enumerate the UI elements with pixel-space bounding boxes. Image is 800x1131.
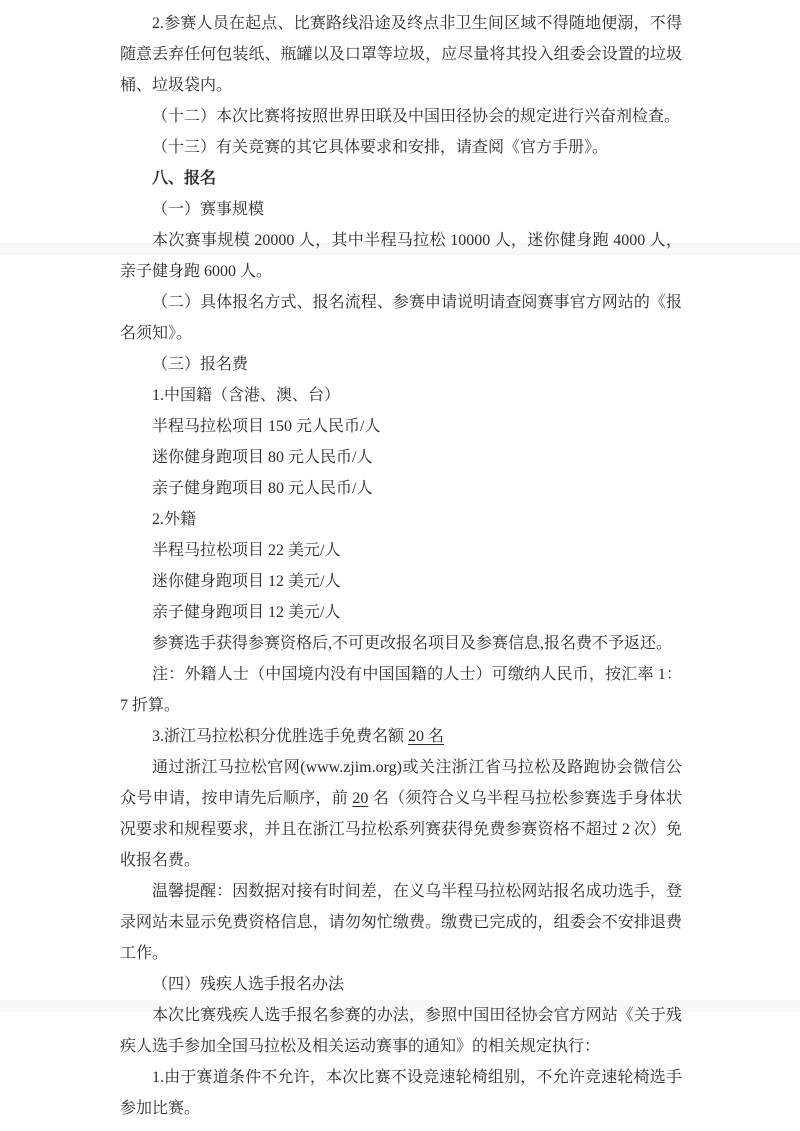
para-official-handbook: （十三）有关竞赛的其它具体要求和安排，请查阅《官方手册》。: [120, 132, 682, 163]
para-registration-method: （二）具体报名方式、报名流程、参赛申请说明请查阅赛事官方网站的《报名须知》。: [120, 287, 682, 349]
para-no-littering: 2.参赛人员在起点、比赛路线沿途及终点非卫生间区域不得随地便溺，不得随意丢弃任何…: [120, 8, 682, 101]
para-exchange-rate-note: 注：外籍人士（中国境内没有中国国籍的人士）可缴纳人民币，按汇率 1：7 折算。: [120, 659, 682, 721]
para-no-change-no-refund: 参赛选手获得参赛资格后,不可更改报名项目及参赛信息,报名费不予返还。: [120, 628, 682, 659]
heading-section8-registration: 八、报名: [120, 163, 682, 194]
para-fee-foreign-nationality-title: 2.外籍: [120, 504, 682, 535]
para-event-scale-subtitle: （一）赛事规模: [120, 194, 682, 225]
para-disabled-athletes-method: 本次比赛残疾人选手报名参赛的办法，参照中国田径协会官方网站《关于残疾人选手参加全…: [120, 1000, 682, 1062]
free-quota-title-text: 3.浙江马拉松积分优胜选手免费名额: [152, 728, 408, 745]
para-fee-foreign-mini-run: 迷你健身跑项目 12 美元/人: [120, 566, 682, 597]
para-payment-reminder: 温馨提醒：因数据对接有时间差，在义乌半程马拉松网站报名成功选手，登录网站未显示免…: [120, 876, 682, 969]
para-entry-fee-subtitle: （三）报名费: [120, 349, 682, 380]
para-free-quota-title: 3.浙江马拉松积分优胜选手免费名额 20 名: [120, 721, 682, 752]
para-fee-foreign-half-marathon: 半程马拉松项目 22 美元/人: [120, 535, 682, 566]
para-fee-cn-mini-run: 迷你健身跑项目 80 元人民币/人: [120, 442, 682, 473]
free-quota-number-underlined: 20 名: [408, 728, 444, 745]
document-page: 2.参赛人员在起点、比赛路线沿途及终点非卫生间区域不得随地便溺，不得随意丢弃任何…: [0, 0, 800, 1131]
para-fee-cn-half-marathon: 半程马拉松项目 150 元人民币/人: [120, 411, 682, 442]
para-event-scale-detail: 本次赛事规模 20000 人，其中半程马拉松 10000 人，迷你健身跑 400…: [120, 225, 682, 287]
para-free-quota-detail: 通过浙江马拉松官网(www.zjim.org)或关注浙江省马拉松及路跑协会微信公…: [120, 752, 682, 876]
para-fee-cn-family-run: 亲子健身跑项目 80 元人民币/人: [120, 473, 682, 504]
para-fee-chinese-nationality-title: 1.中国籍（含港、澳、台）: [120, 380, 682, 411]
para-doping-control: （十二）本次比赛将按照世界田联及中国田径协会的规定进行兴奋剂检查。: [120, 101, 682, 132]
para-wheelchair-restriction: 1.由于赛道条件不允许，本次比赛不设竞速轮椅组别，不允许竞速轮椅选手参加比赛。: [120, 1062, 682, 1124]
para-disabled-athletes-subtitle: （四）残疾人选手报名办法: [120, 969, 682, 1000]
para-fee-foreign-family-run: 亲子健身跑项目 12 美元/人: [120, 597, 682, 628]
free-quota-detail-number-underlined: 20: [352, 790, 368, 807]
